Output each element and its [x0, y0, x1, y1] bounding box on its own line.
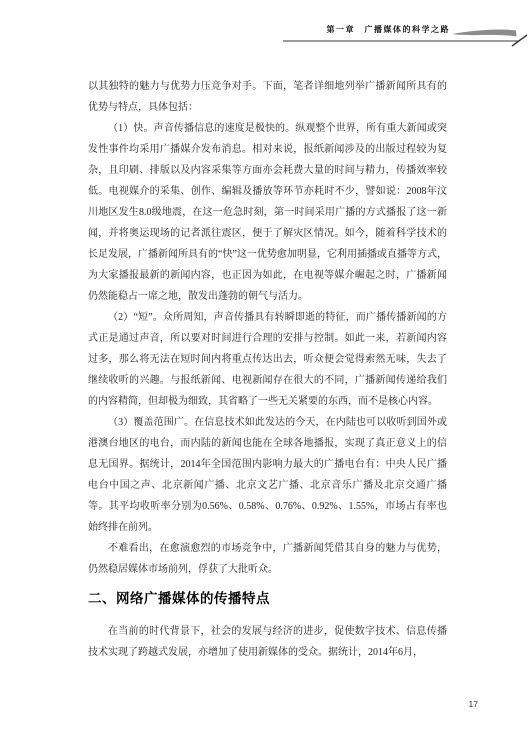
intro-paragraph: 以其独特的魅力与优势力压竞争对手。下面，笔者详细地列举广播新闻所具有的优势与特点… [88, 76, 447, 118]
tail-paragraph: 在当前的时代背景下，社会的发展与经济的进步，促使数字技术、信息传播技术实现了跨越… [88, 621, 447, 663]
paragraph: （2）“短”。众所周知，声音传播具有转瞬即逝的特征，而广播传播新闻的方式正是通过… [88, 307, 447, 412]
section-heading: 二、网络广播媒体的传播特点 [88, 590, 447, 608]
swoosh-ornament [452, 30, 517, 37]
advantage-paragraphs: （1）快。声音传播信息的速度是极快的。纵观整个世界，所有重大新闻或突发性事件均采… [88, 118, 447, 580]
paragraph: （1）快。声音传播信息的速度是极快的。纵观整个世界，所有重大新闻或突发性事件均采… [88, 118, 447, 307]
paragraph: （3）覆盖范围广。在信息技术如此发达的今天，在内陆也可以收听到国外或港澳台地区的… [88, 412, 447, 538]
running-head-chapter-title: 第一章 广播媒体的科学之路 [327, 24, 451, 35]
paragraph: 不难看出，在愈演愈烈的市场竞争中，广播新闻凭借其自身的魅力与优势，仍然稳居媒体市… [88, 538, 447, 580]
header-rule-decoration [0, 0, 531, 55]
page-number: 17 [469, 699, 478, 709]
page-header: 第一章 广播媒体的科学之路 [0, 0, 531, 55]
book-page: 第一章 广播媒体的科学之路 以其独特的魅力与优势力压竞争对手。下面，笔者详细地列… [0, 0, 531, 750]
page-body: 以其独特的魅力与优势力压竞争对手。下面，笔者详细地列举广播新闻所具有的优势与特点… [88, 76, 447, 663]
